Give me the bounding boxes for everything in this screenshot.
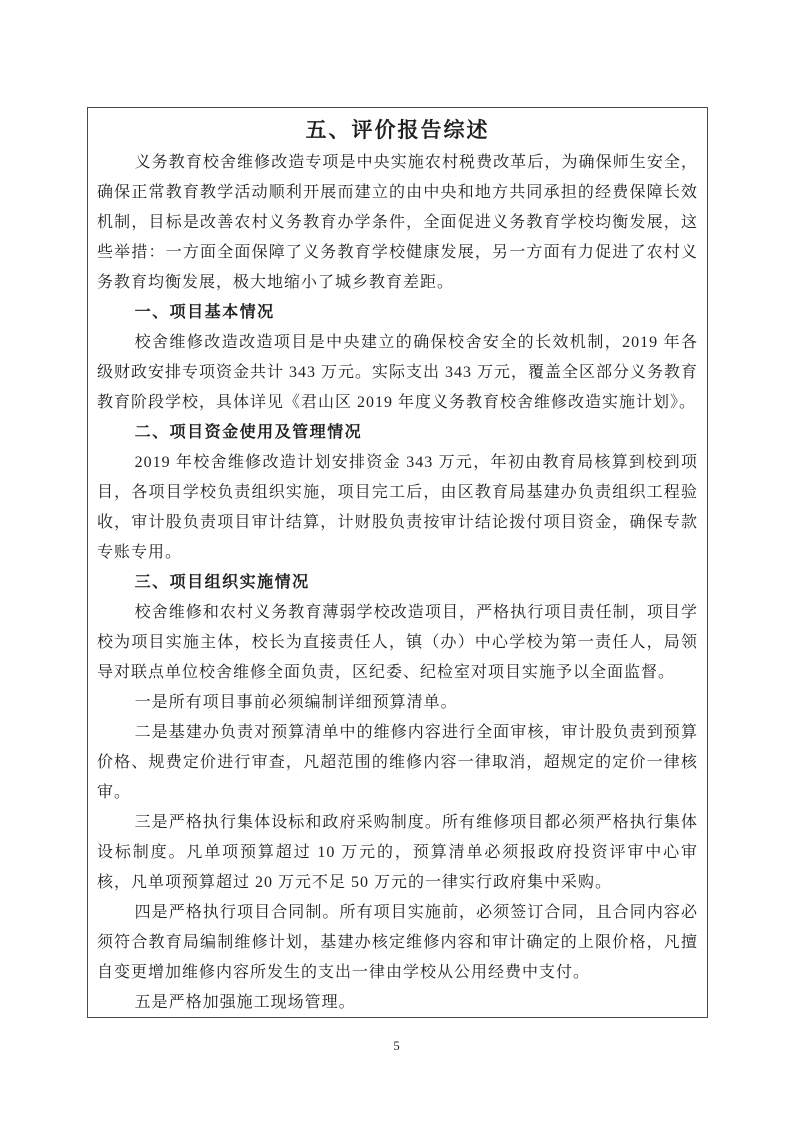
- paragraph: 校舍维修改造改造项目是中央建立的确保校舍安全的长效机制，2019 年各级财政安排…: [97, 328, 698, 418]
- paragraph: 二是基建办负责对预算清单中的维修内容进行全面审核，审计股负责到预算价格、规费定价…: [97, 718, 698, 808]
- paragraph: 三是严格执行集体设标和政府采购制度。所有维修项目都必须严格执行集体设标制度。凡单…: [97, 808, 698, 898]
- paragraph: 2019 年校舍维修改造计划安排资金 343 万元，年初由教育局核算到校到项目，…: [97, 448, 698, 568]
- page-number: 5: [0, 1037, 793, 1055]
- section-heading: 三、项目组织实施情况: [97, 568, 698, 598]
- paragraph: 义务教育校舍维修改造专项是中央实施农村税费改革后，为确保师生安全，确保正常教育教…: [97, 148, 698, 298]
- section-heading: 二、项目资金使用及管理情况: [97, 418, 698, 448]
- document-page: 五、评价报告综述 义务教育校舍维修改造专项是中央实施农村税费改革后，为确保师生安…: [0, 0, 793, 1122]
- paragraph: 校舍维修和农村义务教育薄弱学校改造项目，严格执行项目责任制，项目学校为项目实施主…: [97, 598, 698, 688]
- paragraph: 五是严格加强施工现场管理。: [97, 988, 698, 1018]
- report-border-box: 五、评价报告综述 义务教育校舍维修改造专项是中央实施农村税费改革后，为确保师生安…: [87, 107, 708, 1018]
- section-heading: 一、项目基本情况: [97, 298, 698, 328]
- paragraph: 四是严格执行项目合同制。所有项目实施前，必须签订合同，且合同内容必须符合教育局编…: [97, 898, 698, 988]
- paragraph: 一是所有项目事前必须编制详细预算清单。: [97, 688, 698, 718]
- report-title: 五、评价报告综述: [97, 115, 698, 145]
- report-body: 义务教育校舍维修改造专项是中央实施农村税费改革后，为确保师生安全，确保正常教育教…: [97, 148, 698, 1018]
